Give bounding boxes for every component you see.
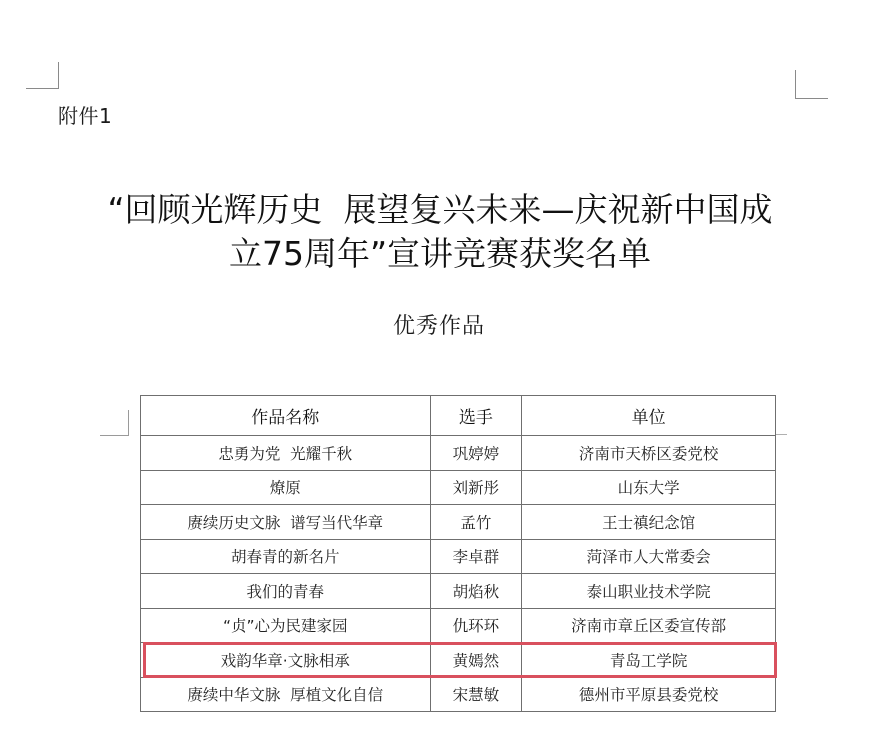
cell-work: 燎原 xyxy=(141,470,431,505)
section-title: 优秀作品 xyxy=(0,309,878,340)
header-contestant: 选手 xyxy=(430,396,522,436)
cell-unit: 青岛工学院 xyxy=(522,643,776,678)
cell-contestant: 胡焰秋 xyxy=(430,574,522,609)
awards-table: 作品名称 选手 单位 忠勇为党 光耀千秋 巩婷婷 济南市天桥区委党校 燎原 刘新… xyxy=(140,395,776,712)
cell-work: 胡春青的新名片 xyxy=(141,539,431,574)
cell-unit: 济南市天桥区委党校 xyxy=(522,436,776,471)
cell-work: 我们的青春 xyxy=(141,574,431,609)
attachment-label: 附件1 xyxy=(58,100,112,129)
header-work-name: 作品名称 xyxy=(141,396,431,436)
crop-mark-middle-left xyxy=(100,410,129,436)
table-row: 胡春青的新名片 李卓群 菏泽市人大常委会 xyxy=(141,539,776,574)
cell-contestant: 仇环环 xyxy=(430,608,522,643)
cell-work: 赓续中华文脉 厚植文化自信 xyxy=(141,677,431,712)
title-line-2: 立75周年”宣讲竞赛获奖名单 xyxy=(40,232,840,276)
cell-contestant: 孟竹 xyxy=(430,505,522,540)
cell-unit: 德州市平原县委党校 xyxy=(522,677,776,712)
header-unit: 单位 xyxy=(522,396,776,436)
cell-unit: 山东大学 xyxy=(522,470,776,505)
table-row: 赓续历史文脉 谱写当代华章 孟竹 王士禛纪念馆 xyxy=(141,505,776,540)
cell-work: 戏韵华章·文脉相承 xyxy=(141,643,431,678)
cell-contestant: 李卓群 xyxy=(430,539,522,574)
cell-contestant: 黄嫣然 xyxy=(430,643,522,678)
cell-unit: 泰山职业技术学院 xyxy=(522,574,776,609)
cell-work: “贞”心为民建家园 xyxy=(141,608,431,643)
table-row: 赓续中华文脉 厚植文化自信 宋慧敏 德州市平原县委党校 xyxy=(141,677,776,712)
table-row: 忠勇为党 光耀千秋 巩婷婷 济南市天桥区委党校 xyxy=(141,436,776,471)
cell-unit: 济南市章丘区委宣传部 xyxy=(522,608,776,643)
cell-work: 赓续历史文脉 谱写当代华章 xyxy=(141,505,431,540)
cell-work: 忠勇为党 光耀千秋 xyxy=(141,436,431,471)
document-title: “回顾光辉历史 展望复兴未来—庆祝新中国成 立75周年”宣讲竞赛获奖名单 xyxy=(40,188,840,276)
table-row: “贞”心为民建家园 仇环环 济南市章丘区委宣传部 xyxy=(141,608,776,643)
table-header-row: 作品名称 选手 单位 xyxy=(141,396,776,436)
table-row: 我们的青春 胡焰秋 泰山职业技术学院 xyxy=(141,574,776,609)
crop-mark-top-right xyxy=(795,70,828,99)
cell-unit: 菏泽市人大常委会 xyxy=(522,539,776,574)
cell-contestant: 巩婷婷 xyxy=(430,436,522,471)
cell-unit: 王士禛纪念馆 xyxy=(522,505,776,540)
table-row-highlighted: 戏韵华章·文脉相承 黄嫣然 青岛工学院 xyxy=(141,643,776,678)
table-row: 燎原 刘新彤 山东大学 xyxy=(141,470,776,505)
cell-contestant: 刘新彤 xyxy=(430,470,522,505)
crop-mark-top-left xyxy=(26,62,59,89)
cell-contestant: 宋慧敏 xyxy=(430,677,522,712)
crop-mark-middle-right xyxy=(775,434,787,435)
title-line-1: “回顾光辉历史 展望复兴未来—庆祝新中国成 xyxy=(40,188,840,232)
